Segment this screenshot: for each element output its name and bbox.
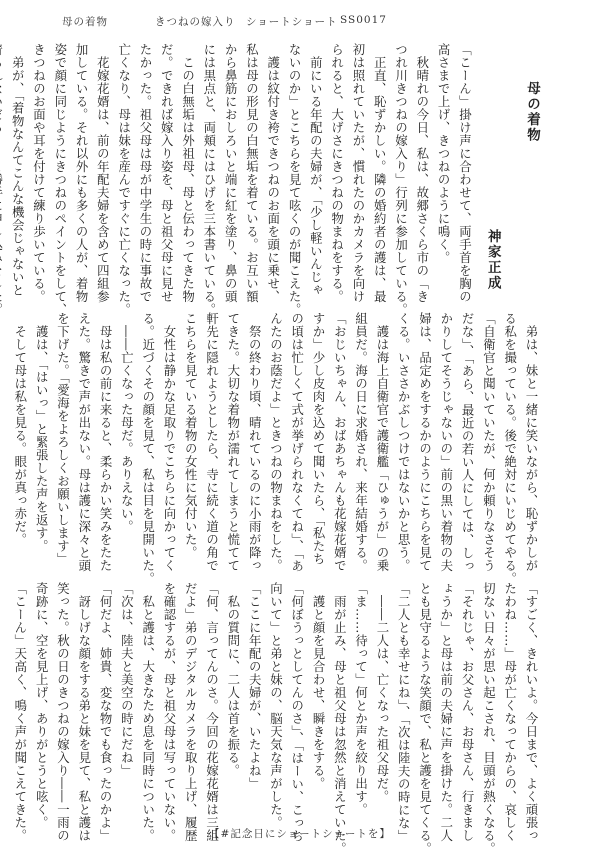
text-line: 笑った。秋の日のきつねの嫁入り――一雨の (52, 582, 73, 844)
text-line: 「おじいちゃん、おばあちゃんも花嫁花婿で (329, 312, 350, 574)
text-line: 正直、恥ずかしい。隣の婚約者の護は、最 (369, 43, 390, 305)
text-line: この白無垢は外祖母、母と伝わってきた物 (177, 43, 198, 305)
text-line: たわね……」母が亡くなってからの、哀しく (499, 582, 520, 844)
text-line: つれ川きつねの嫁入り」行列に参加している。 (390, 43, 411, 305)
page-header: 母の着物 きつねの嫁入り ショートショート SS0017 (0, 14, 600, 30)
text-line: こちらを見ている着物の女性に気付いた。 (180, 312, 201, 574)
page-footer-hashtag: 【#記念日にショートショートを】 (0, 826, 600, 841)
text-line: 組員だ。海の日に求婚され、来年結婚する。 (350, 312, 371, 574)
header-code: SS0017 (340, 14, 387, 26)
text-line: 向いて」と弟と妹の、脳天気な声がした。 (265, 582, 286, 844)
text-line: 亡くなり、母は妹を産んですぐに亡くなった。 (113, 43, 134, 305)
text-line: を確認するが、母と祖父母は写っていない。 (159, 582, 180, 844)
text-line: えた。驚きで声が出ない。母は護に深々と頭 (73, 312, 94, 574)
text-line: 着られないだろう」と勝手に申し込みをした。 (0, 43, 7, 305)
text-line: 高さまで上げ、きつねのように鳴く。 (433, 43, 454, 305)
text-line: ないのか」とこちらを見て呟くのが聞こえた。 (284, 43, 305, 305)
text-line: ょうか」と母は前の夫婦に声を掛けた。二人 (436, 582, 457, 844)
text-line: ――亡くなった母だ。ありえない。 (116, 312, 137, 574)
story-title: 母の着物 (521, 43, 542, 305)
text-line: 「こーん」天高く、鳴く声が聞こえてきた。 (10, 582, 31, 844)
text-line: 切ない日々が思い起こされ、目頭が熱くなる。 (478, 582, 499, 844)
text-line: 「何ぼうっとしてんのさ」、「はーい、こっち (286, 582, 307, 844)
text-line: られると、大げさにきつねの物まねをする。 (326, 43, 347, 305)
text-line: きつねのお面や耳を付けて練り歩いている。 (28, 43, 49, 305)
text-line: 女性は静かな足取りでこちらに向かってく (159, 312, 180, 574)
text-line: 軒先に隠れようとしたら、寺に続く道の角で (201, 312, 222, 574)
text-line: には黒点と、両頬にはひげを三本書いている。 (199, 43, 220, 305)
text-line: 母は私の前に来ると、柔らかい笑みをたた (95, 312, 116, 574)
text-line: くる。いささかぶしつけではないかと思う。 (393, 312, 414, 574)
text-line: 訝しげな顔をする弟と妹を見て、私と護は (73, 582, 94, 844)
text-line: 婦は、品定めをするかのようにこちらを見て (414, 312, 435, 574)
text-line: 秋晴れの今日、私は、故郷さくら市の「き (412, 43, 433, 305)
text-line: 私は母の形見の白無垢を着ている。お互い額 (241, 43, 262, 305)
text-line: 護は紋付き袴できつねのお面を頭に乗せ、 (262, 43, 283, 305)
text-tier-3: 「すごく、きれいよ。今日まで、よく頑張っ たわね……」母が亡くなってからの、哀し… (10, 582, 542, 844)
text-line: 「ここに年配の夫婦が、いたよね」 (244, 582, 265, 844)
text-line: 姿で顔に同じようにきつねのペイントをして、 (49, 43, 70, 305)
text-line: から鼻筋におしろいと端に紅を塗り、鼻の頭 (220, 43, 241, 305)
text-line: 私の質問に、二人は首を振る。 (223, 582, 244, 844)
text-line: 祭の終わり頃、晴れているのに小雨が降っ (244, 312, 265, 574)
text-line: を下げた。「愛海をよろしくお願いします」 (52, 312, 73, 574)
text-line: る私を撮っている。後で絶対にいじめてやる。 (499, 312, 520, 574)
text-line: る。近づくその顔を見て、私は目を見開いた。 (137, 312, 158, 574)
text-line: 護は、「はいっ」と緊張した声を返す。 (31, 312, 52, 574)
text-line: 「何だよ、姉貴、変な物でも食ったのかよ」 (95, 582, 116, 844)
text-line: 「自衛官と聞いていたが、何か頼りなさそう (478, 312, 499, 574)
text-line: だ。できれば嫁入り姿を、母と祖父母に見せ (156, 43, 177, 305)
header-genre: ショートショート (246, 14, 338, 29)
text-line: 初は照れていたが、慣れたのかカメラを向け (348, 43, 369, 305)
text-line: そして母は私を見る。眼が真っ赤だ。 (10, 312, 31, 574)
text-line: たかった。祖父母は母が中学生の時に事故で (135, 43, 156, 305)
text-line: 前にいる年配の夫婦が、「少し軽いんじゃ (305, 43, 326, 305)
text-line: 「何、言ってんのさ。今回の花嫁花婿は三組 (201, 582, 222, 844)
text-line: 「二人とも幸せにね」、「次は陸夫の時にな」 (393, 582, 414, 844)
text-line: んたのお蔭だよ」ときつねの物まねをした。 (265, 312, 286, 574)
header-story-title: 母の着物 (62, 14, 108, 29)
text-line: かりしてそうじゃないの」前の黒い着物の夫 (436, 312, 457, 574)
text-line: 加している。それ以外にも多くの人が、着物 (71, 43, 92, 305)
text-line: 「ま……待って」何とか声を絞り出す。 (350, 582, 371, 844)
text-line: 護と顔を見合わせ、瞬きをする。 (308, 582, 329, 844)
text-line: 奇跡に、空を見上げ、ありがとうと呟く。 (31, 582, 52, 844)
text-line: の頃は忙しくて式が挙げられなくてね」、「あ (286, 312, 307, 574)
text-line: 弟は、妹と一緒に笑いながら、恥ずかしが (521, 312, 542, 574)
text-line: てきた。大切な着物が濡れてしまうと慌てて (223, 312, 244, 574)
text-line: 弟が、「着物なんてこんな機会じゃないと (7, 43, 28, 305)
text-line: 私と護は、大きなため息を同時についた。 (137, 582, 158, 844)
text-line: 「すごく、きれいよ。今日まで、よく頑張っ (521, 582, 542, 844)
text-line: ――二人は、亡くなった祖父母だ。 (372, 582, 393, 844)
text-tier-2: 弟は、妹と一緒に笑いながら、恥ずかしが る私を撮っている。後で絶対にいじめてやる… (10, 312, 542, 574)
text-line: とも見守るような笑顔で、私と護を見てくる。 (414, 582, 435, 844)
text-line: だな」、「あら、最近の若い人にしては、しっ (457, 312, 478, 574)
text-line: 雨が止み、母と祖父母は忽然と消えていた。 (329, 582, 350, 844)
text-line: 「次は、陸夫と美空の時にだね」 (116, 582, 137, 844)
text-line: すか」少し皮肉を込めて聞いたら、「私たち (308, 312, 329, 574)
author-name: 神家正成 (481, 43, 502, 305)
text-line: 護は海上自衛官で護衛艦「ひゅうが」の乗 (372, 312, 393, 574)
text-line: だよ」弟のデジタルカメラを取り上げ、履歴 (180, 582, 201, 844)
header-series: きつねの嫁入り (155, 14, 236, 29)
text-line: 花嫁花婿は、前の年配夫婦を含めて四組参 (92, 43, 113, 305)
text-line: 「こーん」掛け声に合わせて、両手首を胸の (454, 43, 475, 305)
text-line: 「それじゃ、お父さん、お母さん、行きまし (457, 582, 478, 844)
text-tier-1: 母の着物 神家正成 「こーん」掛け声に合わせて、両手首を胸の 高さまで上げ、きつ… (0, 43, 542, 305)
